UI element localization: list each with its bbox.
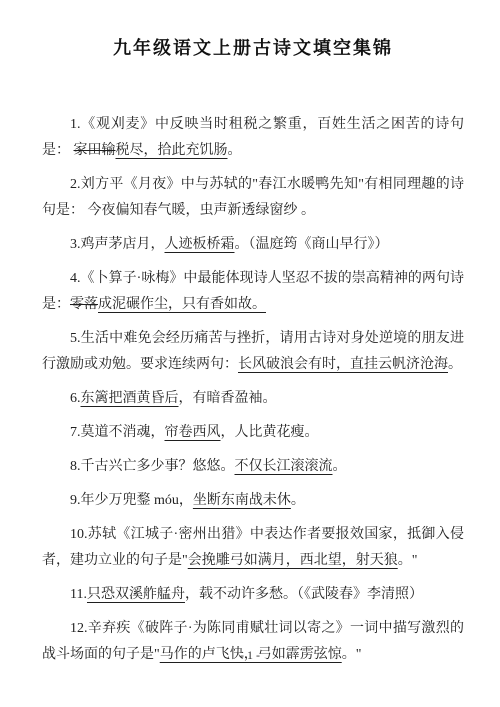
question-text: 。	[228, 143, 242, 158]
answer-struck-text: 家田输	[74, 143, 116, 158]
question-text: ，人比黄花瘦。	[221, 425, 319, 440]
question-item: 7.莫道不消魂，帘卷西风，人比黄花瘦。	[42, 420, 464, 446]
answer-underlined-text: 长风破浪会有时，直挂云帆济沧海	[238, 357, 448, 372]
document-page: 九年级语文上册古诗文填空集锦 1.《观刈麦》中反映当时租税之繁重，百姓生活之困苦…	[0, 0, 500, 707]
question-text: ，有暗香盈袖。	[179, 391, 277, 406]
answer-underlined-text: 只恐双溪舴艋舟	[87, 587, 185, 602]
answer-underlined-text: 不仅长江滚滚流	[235, 459, 333, 474]
question-text: 6.	[70, 391, 81, 406]
answer-underlined-text: 帘卷西风	[165, 425, 221, 440]
page-number: - 1 -	[0, 648, 500, 663]
question-text: 8.千古兴亡多少事？悠悠。	[70, 459, 235, 474]
question-item: 2.刘方平《月夜》中与苏轼的"春江水暖鸭先知"有相同理趣的诗句是： 今夜偏知春气…	[42, 172, 464, 224]
question-item: 9.年少万兜鍪 móu，坐断东南战未休。	[42, 488, 464, 514]
answer-underlined-text: 人迹板桥霜	[165, 237, 235, 252]
page-title: 九年级语文上册古诗文填空集锦	[42, 34, 464, 60]
question-item: 1.《观刈麦》中反映当时租税之繁重，百姓生活之困苦的诗句是： 家田输税尽，拾此充…	[42, 112, 464, 164]
answer-underlined-text: 会挽雕弓如满月，西北望，射天狼	[188, 553, 398, 568]
question-text: 。（温庭筠《商山早行》）	[235, 237, 389, 252]
question-item: 3.鸡声茅店月，人迹板桥霜。（温庭筠《商山早行》）	[42, 232, 464, 258]
question-item: 6.东篱把酒黄昏后，有暗香盈袖。	[42, 386, 464, 412]
answer-underlined-text: 成泥碾作尘，只有香如故。	[98, 297, 266, 312]
question-item: 5.生活中难免会经历痛苦与挫折，请用古诗对身处逆境的朋友进行激励或劝勉。要求连续…	[42, 326, 464, 378]
question-text: 3.鸡声茅店月，	[70, 237, 165, 252]
question-text: 。	[448, 357, 462, 372]
answer-underlined-text: 坐断东南战未休	[193, 493, 291, 508]
question-text: 9.年少万兜鍪 móu，	[70, 493, 193, 508]
question-item: 8.千古兴亡多少事？悠悠。不仅长江滚滚流。	[42, 454, 464, 480]
question-text: 。	[333, 459, 347, 474]
question-text: 今夜偏知春气暖，虫声新透绿窗纱 。	[88, 203, 316, 218]
question-text: 。	[291, 493, 305, 508]
question-text: 11.	[70, 587, 87, 602]
answer-underlined-text: 东篱把酒黄昏后	[81, 391, 179, 406]
question-text: 7.莫道不消魂，	[70, 425, 165, 440]
question-item: 4.《卜算子·咏梅》中最能体现诗人坚忍不拔的崇高精神的两句诗是：零落成泥碾作尘，…	[42, 266, 464, 318]
question-text: 。"	[398, 553, 418, 568]
question-item: 10.苏轼《江城子·密州出猎》中表达作者要报效国家，抵御入侵者，建功立业的句子是…	[42, 522, 464, 574]
answer-struck-text: 零落	[70, 297, 98, 312]
question-item: 11.只恐双溪舴艋舟，载不动许多愁。（《武陵春》李清照）	[42, 582, 464, 608]
question-text: ，载不动许多愁。（《武陵春》李清照）	[185, 587, 423, 602]
question-list: 1.《观刈麦》中反映当时租税之繁重，百姓生活之困苦的诗句是： 家田输税尽，拾此充…	[42, 112, 464, 668]
answer-underlined-text: 税尽，拾此充饥肠	[116, 143, 228, 158]
